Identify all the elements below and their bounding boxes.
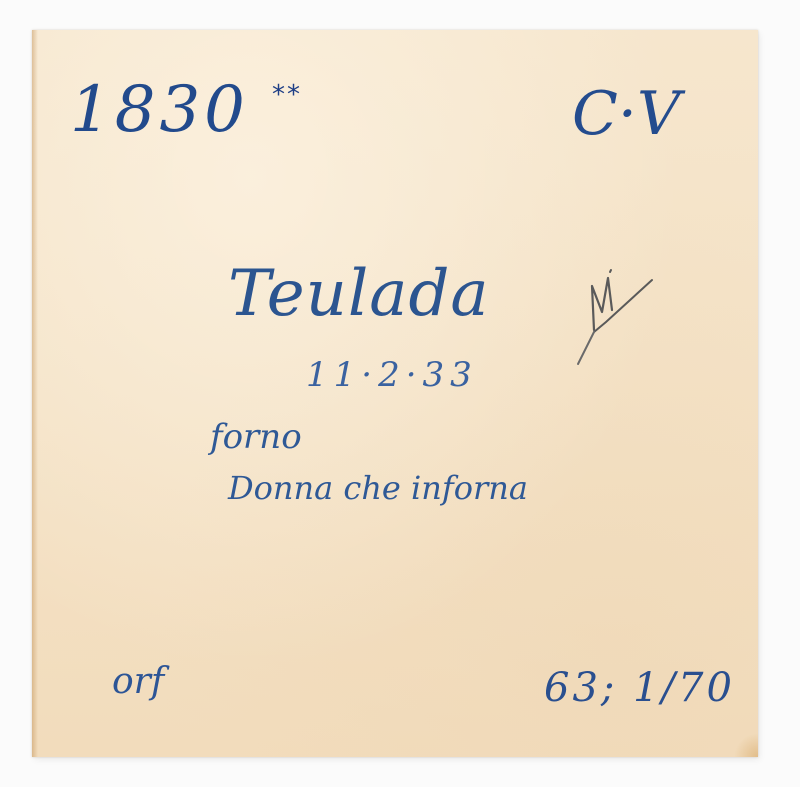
reference-left: orf bbox=[112, 664, 164, 700]
catalog-stars: ** bbox=[272, 82, 302, 108]
place-name: Teulada bbox=[228, 262, 490, 326]
catalog-number: 1830 bbox=[70, 78, 249, 142]
monogram-mark-icon bbox=[572, 252, 664, 372]
date: 11·2·33 bbox=[306, 358, 478, 392]
scan-background: 1830 ** C·V Teulada 11·2·33 forno Donna … bbox=[0, 0, 800, 787]
collection-code: C·V bbox=[572, 84, 680, 144]
reference-right: 63; 1/70 bbox=[544, 668, 735, 708]
subject: forno bbox=[210, 420, 302, 454]
description: Donna che inforna bbox=[228, 472, 528, 504]
